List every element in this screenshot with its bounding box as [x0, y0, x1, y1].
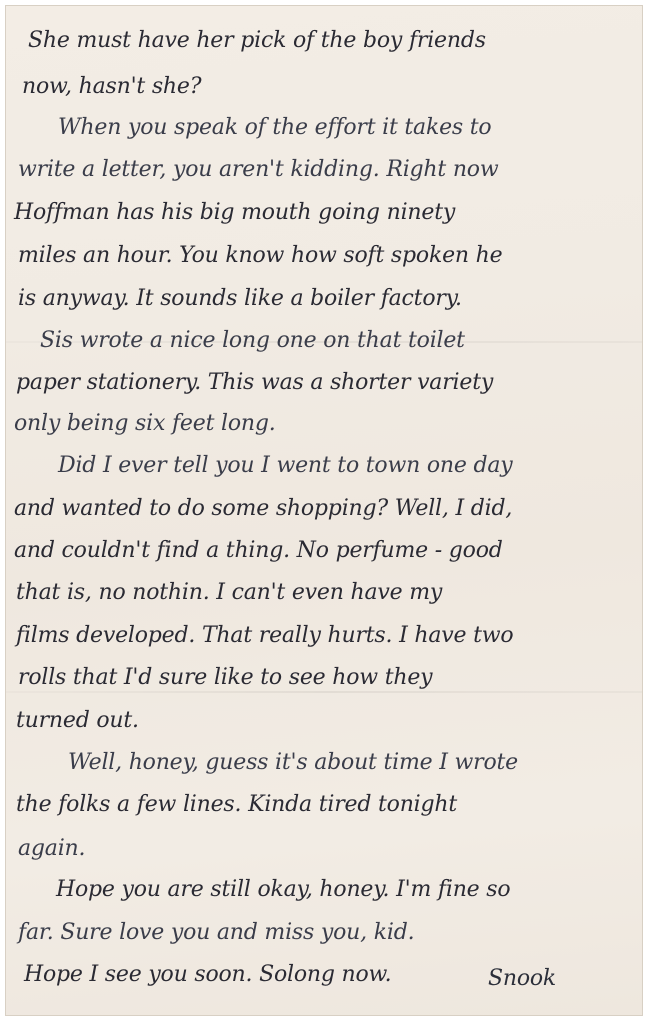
- letter-line: the folks a few lines. Kinda tired tonig…: [16, 792, 457, 817]
- letter-line: paper stationery. This was a shorter var…: [16, 370, 493, 395]
- letter-line: Well, honey, guess it's about time I wro…: [68, 750, 518, 775]
- letter-line: films developed. That really hurts. I ha…: [16, 623, 513, 648]
- letter-line: Hope I see you soon. Solong now.: [24, 962, 391, 987]
- letter-line: Hoffman has his big mouth going ninety: [14, 200, 455, 225]
- letter-line: and wanted to do some shopping? Well, I …: [14, 496, 512, 521]
- letter-line: and couldn't find a thing. No perfume - …: [14, 538, 503, 563]
- letter-line: turned out.: [16, 708, 139, 733]
- letter-line: far. Sure love you and miss you, kid.: [18, 920, 414, 945]
- letter-line: now, hasn't she?: [22, 74, 201, 99]
- letter-line: Did I ever tell you I went to town one d…: [58, 453, 513, 478]
- letter-line: write a letter, you aren't kidding. Righ…: [18, 157, 498, 182]
- letter-line: again.: [18, 836, 85, 861]
- letter-line: that is, no nothin. I can't even have my: [16, 580, 442, 605]
- paper-fold-crease: [6, 691, 642, 693]
- signature: Snook: [488, 966, 556, 991]
- letter-line: Hope you are still okay, honey. I'm fine…: [56, 877, 510, 902]
- letter-line: miles an hour. You know how soft spoken …: [18, 243, 502, 268]
- letter-line: She must have her pick of the boy friend…: [28, 28, 486, 53]
- letter-page: She must have her pick of the boy friend…: [6, 6, 642, 1015]
- letter-line: When you speak of the effort it takes to: [58, 115, 491, 140]
- letter-line: Sis wrote a nice long one on that toilet: [40, 328, 465, 353]
- letter-line: is anyway. It sounds like a boiler facto…: [18, 286, 462, 311]
- letter-line: rolls that I'd sure like to see how they: [18, 665, 432, 690]
- letter-line: only being six feet long.: [14, 411, 276, 436]
